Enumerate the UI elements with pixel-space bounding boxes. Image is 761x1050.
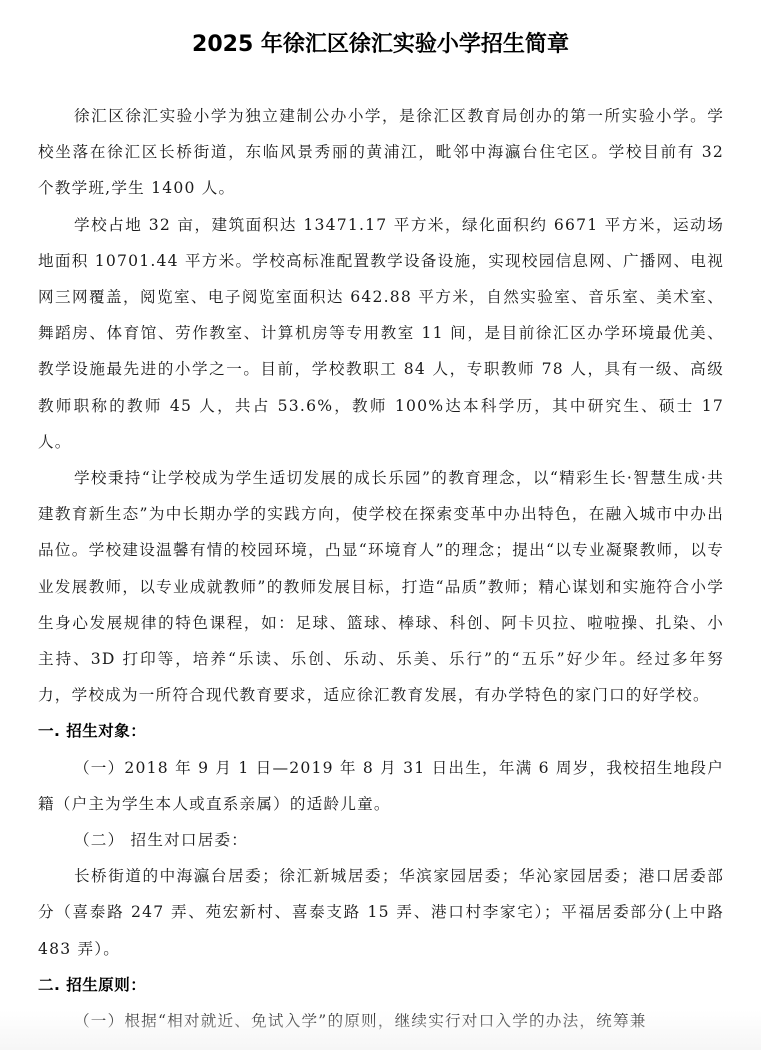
intro-paragraph-facilities: 学校占地 32 亩，建筑面积达 13471.17 平方米，绿化面积约 6671 … bbox=[38, 207, 724, 460]
intro-paragraph-philosophy: 学校秉持“让学校成为学生适切发展的成长乐园”的教育理念，以“精彩生长·智慧生成·… bbox=[38, 460, 724, 713]
section-enrollment-targets: 一. 招生对象： （一）2018 年 9 月 1 日—2019 年 8 月 31… bbox=[38, 713, 724, 966]
document-title: 2025 年徐汇区徐汇实验小学招生简章 bbox=[0, 28, 761, 62]
section-item-committees-label: （二） 招生对口居委： bbox=[38, 822, 724, 858]
section-heading: 一. 招生对象： bbox=[38, 713, 724, 749]
section-heading: 二. 招生原则： bbox=[38, 967, 724, 1003]
section-item-committees-list: 长桥街道的中海瀛台居委；徐汇新城居委；华滨家园居委；华沁家园居委；港口居委部分（… bbox=[38, 858, 724, 967]
section-item-eligibility: （一）2018 年 9 月 1 日—2019 年 8 月 31 日出生，年满 6… bbox=[38, 750, 724, 822]
document-page: 2025 年徐汇区徐汇实验小学招生简章 徐汇区徐汇实验小学为独立建制公办小学，是… bbox=[0, 0, 761, 1050]
intro-paragraph-overview: 徐汇区徐汇实验小学为独立建制公办小学，是徐汇区教育局创办的第一所实验小学。学校坐… bbox=[38, 98, 724, 207]
document-body: 徐汇区徐汇实验小学为独立建制公办小学，是徐汇区教育局创办的第一所实验小学。学校坐… bbox=[38, 98, 724, 1039]
page-bottom-edge bbox=[0, 1010, 761, 1050]
